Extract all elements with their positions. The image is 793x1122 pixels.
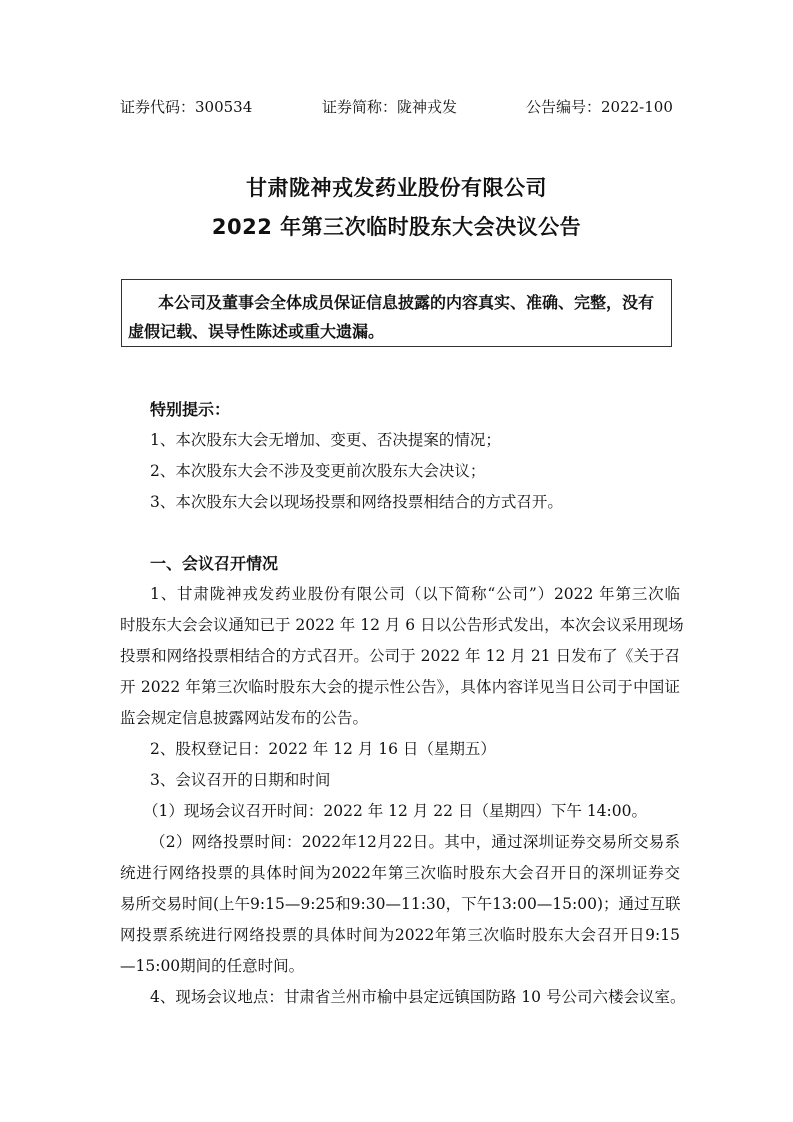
datetime-heading: 3、会议召开的日期和时间 — [150, 768, 330, 790]
online-time-line-2: 统进行网络投票的具体时间为2022年第三次临时股东大会召开日的深圳证券交 — [120, 861, 680, 883]
para1-line-5: 监会规定信息披露网站发布的公告。 — [120, 706, 368, 728]
section-1-heading: 一、会议召开情况 — [150, 551, 278, 574]
online-time-line-5: —15:00期间的任意时间。 — [120, 954, 304, 976]
special-note-3: 3、本次股东大会以现场投票和网络投票相结合的方式召开。 — [150, 490, 563, 512]
stock-name: 证券简称：陇神戎发 — [322, 96, 457, 117]
onsite-meeting-time: （1）现场会议召开时间：2022 年 12 月 22 日（星期四）下午 14:0… — [143, 799, 647, 821]
online-time-line-3: 易所交易时间(上午9:15—9:25和9:30—11:30，下午13:00—15… — [120, 892, 680, 914]
announcement-title: 2022 年第三次临时股东大会决议公告 — [0, 211, 793, 241]
disclaimer-line-1: 本公司及董事会全体成员保证信息披露的内容真实、准确、完整，没有 — [158, 290, 654, 313]
record-date: 2、股权登记日：2022 年 12 月 16 日（星期五） — [150, 737, 496, 759]
company-title: 甘肃陇神戎发药业股份有限公司 — [0, 172, 793, 202]
online-time-line-1: （2）网络投票时间：2022年12月22日。其中，通过深圳证券交易所交易系 — [150, 830, 680, 852]
para1-line-1: 1、甘肃陇神戎发药业股份有限公司（以下简称“公司”）2022 年第三次临 — [150, 582, 680, 604]
special-note-1: 1、本次股东大会无增加、变更、否决提案的情况； — [150, 428, 501, 450]
meeting-location: 4、现场会议地点：甘肃省兰州市榆中县定远镇国防路 10 号公司六楼会议室。 — [150, 985, 685, 1007]
stock-code: 证券代码：300534 — [120, 96, 252, 117]
para1-line-4: 开 2022 年第三次临时股东大会的提示性公告》，具体内容详见当日公司于中国证 — [120, 675, 680, 697]
announcement-number: 公告编号：2022-100 — [526, 96, 673, 117]
online-time-line-4: 网投票系统进行网络投票的具体时间为2022年第三次临时股东大会召开日9:15 — [120, 923, 680, 945]
disclaimer-line-2: 虚假记载、误导性陈述或重大遗漏。 — [128, 319, 384, 342]
special-notes-heading: 特别提示： — [150, 397, 230, 420]
para1-line-3: 投票和网络投票相结合的方式召开。公司于 2022 年 12 月 21 日发布了《… — [120, 644, 680, 666]
disclaimer-box: 本公司及董事会全体成员保证信息披露的内容真实、准确、完整，没有 虚假记载、误导性… — [121, 279, 672, 347]
para1-line-2: 时股东大会会议通知已于 2022 年 12 月 6 日以公告形式发出，本次会议采… — [120, 613, 680, 635]
special-note-2: 2、本次股东大会不涉及变更前次股东大会决议； — [150, 459, 485, 481]
